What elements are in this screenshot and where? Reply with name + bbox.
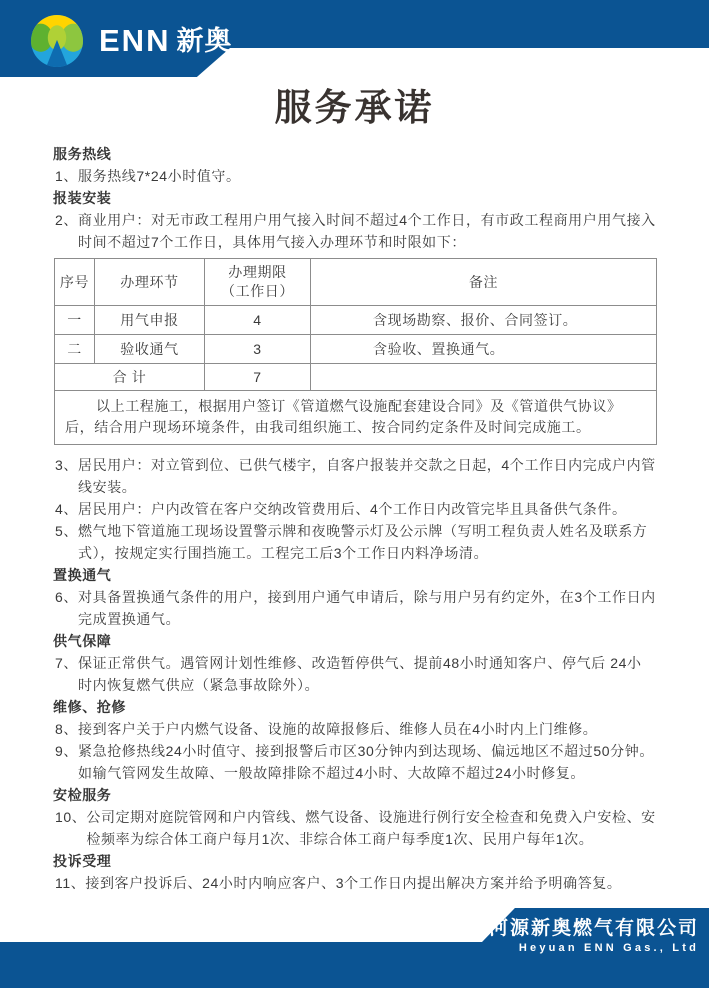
table-header-no: 序号 xyxy=(55,259,95,306)
table-header-note: 备注 xyxy=(311,259,657,306)
item-text: 对具备置换通气条件的用户，接到用户通气申请后，除与用户另有约定外，在3个工作日内… xyxy=(78,586,656,630)
item-number: 2、 xyxy=(55,209,78,253)
item-text: 燃气地下管道施工现场设置警示牌和夜晚警示灯及公示牌（写明工程负责人姓名及联系方式… xyxy=(78,520,656,564)
item-text: 公司定期对庭院管网和户内管线、燃气设备、设施进行例行安全检查和免费入户安检、安检… xyxy=(86,806,656,850)
section-heading-repair: 维修、抢修 xyxy=(53,696,656,718)
list-item-2: 2、 商业用户：对无市政工程用户用气接入时间不超过4个工作日，有市政工程商用户用… xyxy=(53,209,656,253)
cell-total-label: 合 计 xyxy=(55,364,205,391)
item-number: 8、 xyxy=(55,718,78,740)
enn-logo: ENN 新奥 xyxy=(31,15,232,67)
item-number: 3、 xyxy=(55,454,78,498)
item-text: 接到客户关于户内燃气设备、设施的故障报修后、维修人员在4小时内上门维修。 xyxy=(78,718,656,740)
table-row: 二 验收通气 3 含验收、置换通气。 xyxy=(55,335,657,364)
cell-total-note xyxy=(311,364,657,391)
item-text: 商业用户：对无市政工程用户用气接入时间不超过4个工作日，有市政工程商用户用气接入… xyxy=(78,209,656,253)
table-row: 一 用气申报 4 含现场勘察、报价、合同签订。 xyxy=(55,306,657,335)
table-remark-row: 以上工程施工，根据用户签订《管道燃气设施配套建设合同》及《管道供气协议》后，结合… xyxy=(55,391,657,445)
item-number: 1、 xyxy=(55,165,78,187)
item-number: 6、 xyxy=(55,586,78,630)
item-number: 4、 xyxy=(55,498,78,520)
table-header-step: 办理环节 xyxy=(95,259,205,306)
footer-company: 河源新奥燃气有限公司 Heyuan ENN Gas., Ltd xyxy=(489,918,699,955)
section-heading-hotline: 服务热线 xyxy=(53,143,656,165)
cell-no: 二 xyxy=(55,335,95,364)
list-item-8: 8、 接到客户关于户内燃气设备、设施的故障报修后、维修人员在4小时内上门维修。 xyxy=(53,718,656,740)
item-number: 10、 xyxy=(55,806,86,850)
cell-no: 一 xyxy=(55,306,95,335)
cell-note: 含现场勘察、报价、合同签订。 xyxy=(311,306,657,335)
list-item-9: 9、 紧急抢修热线24小时值守、接到报警后市区30分钟内到达现场、偏远地区不超过… xyxy=(53,740,656,784)
item-text: 服务热线7*24小时值守。 xyxy=(78,165,656,187)
cell-days: 3 xyxy=(205,335,311,364)
list-item-3: 3、 居民用户：对立管到位、已供气楼宇，自客户报装并交款之日起，4个工作日内完成… xyxy=(53,454,656,498)
item-text: 接到客户投诉后、24小时内响应客户、3个工作日内提出解决方案并给予明确答复。 xyxy=(85,872,656,894)
logo-text-cn: 新奥 xyxy=(176,15,232,67)
cell-step: 用气申报 xyxy=(95,306,205,335)
cell-note: 含验收、置换通气。 xyxy=(311,335,657,364)
page-title: 服务承诺 xyxy=(0,89,709,127)
table-total-row: 合 计 7 xyxy=(55,364,657,391)
table-header-days: 办理期限 （工作日） xyxy=(205,259,311,306)
section-heading-install: 报装安装 xyxy=(53,187,656,209)
item-text: 居民用户：对立管到位、已供气楼宇，自客户报装并交款之日起，4个工作日内完成户内管… xyxy=(78,454,656,498)
list-item-7: 7、 保证正常供气。遇管网计划性维修、改造暂停供气、提前48小时通知客户、停气后… xyxy=(53,652,656,696)
logo-text-en: ENN xyxy=(99,15,170,67)
cell-step: 验收通气 xyxy=(95,335,205,364)
header-band: ENN 新奥 xyxy=(0,0,709,77)
list-item-1: 1、 服务热线7*24小时值守。 xyxy=(53,165,656,187)
company-name-cn: 河源新奥燃气有限公司 xyxy=(489,918,699,940)
document-body: 服务热线 1、 服务热线7*24小时值守。 报装安装 2、 商业用户：对无市政工… xyxy=(53,143,656,894)
item-text: 紧急抢修热线24小时值守、接到报警后市区30分钟内到达现场、偏远地区不超过50分… xyxy=(78,740,656,784)
company-name-en: Heyuan ENN Gas., Ltd xyxy=(489,941,699,955)
item-number: 11、 xyxy=(55,872,85,894)
item-number: 9、 xyxy=(55,740,78,784)
list-item-10: 10、 公司定期对庭院管网和户内管线、燃气设备、设施进行例行安全检查和免费入户安… xyxy=(53,806,656,850)
item-text: 居民用户：户内改管在客户交纳改管费用后、4个工作日内改管完毕且具备供气条件。 xyxy=(78,498,656,520)
section-heading-supply: 供气保障 xyxy=(53,630,656,652)
page: ENN 新奥 服务承诺 服务热线 1、 服务热线7*24小时值守。 报装安装 2… xyxy=(0,0,709,988)
table-header-days-line1: 办理期限 xyxy=(205,263,310,282)
table-header-row: 序号 办理环节 办理期限 （工作日） 备注 xyxy=(55,259,657,306)
item-text: 保证正常供气。遇管网计划性维修、改造暂停供气、提前48小时通知客户、停气后 24… xyxy=(78,652,656,696)
service-table: 序号 办理环节 办理期限 （工作日） 备注 一 用气申报 4 含现场勘察、报价、… xyxy=(54,258,657,445)
table-header-days-line2: （工作日） xyxy=(205,282,310,301)
enn-flower-logo-icon xyxy=(31,15,83,67)
list-item-5: 5、 燃气地下管道施工现场设置警示牌和夜晚警示灯及公示牌（写明工程负责人姓名及联… xyxy=(53,520,656,564)
section-heading-inspection: 安检服务 xyxy=(53,784,656,806)
list-item-4: 4、 居民用户：户内改管在客户交纳改管费用后、4个工作日内改管完毕且具备供气条件… xyxy=(53,498,656,520)
section-heading-purge: 置换通气 xyxy=(53,564,656,586)
list-item-11: 11、 接到客户投诉后、24小时内响应客户、3个工作日内提出解决方案并给予明确答… xyxy=(53,872,656,894)
item-number: 5、 xyxy=(55,520,78,564)
item-number: 7、 xyxy=(55,652,78,696)
section-heading-complaint: 投诉受理 xyxy=(53,850,656,872)
list-item-6: 6、 对具备置换通气条件的用户，接到用户通气申请后，除与用户另有约定外，在3个工… xyxy=(53,586,656,630)
cell-total-days: 7 xyxy=(205,364,311,391)
cell-days: 4 xyxy=(205,306,311,335)
table-remark: 以上工程施工，根据用户签订《管道燃气设施配套建设合同》及《管道供气协议》后，结合… xyxy=(55,391,657,445)
